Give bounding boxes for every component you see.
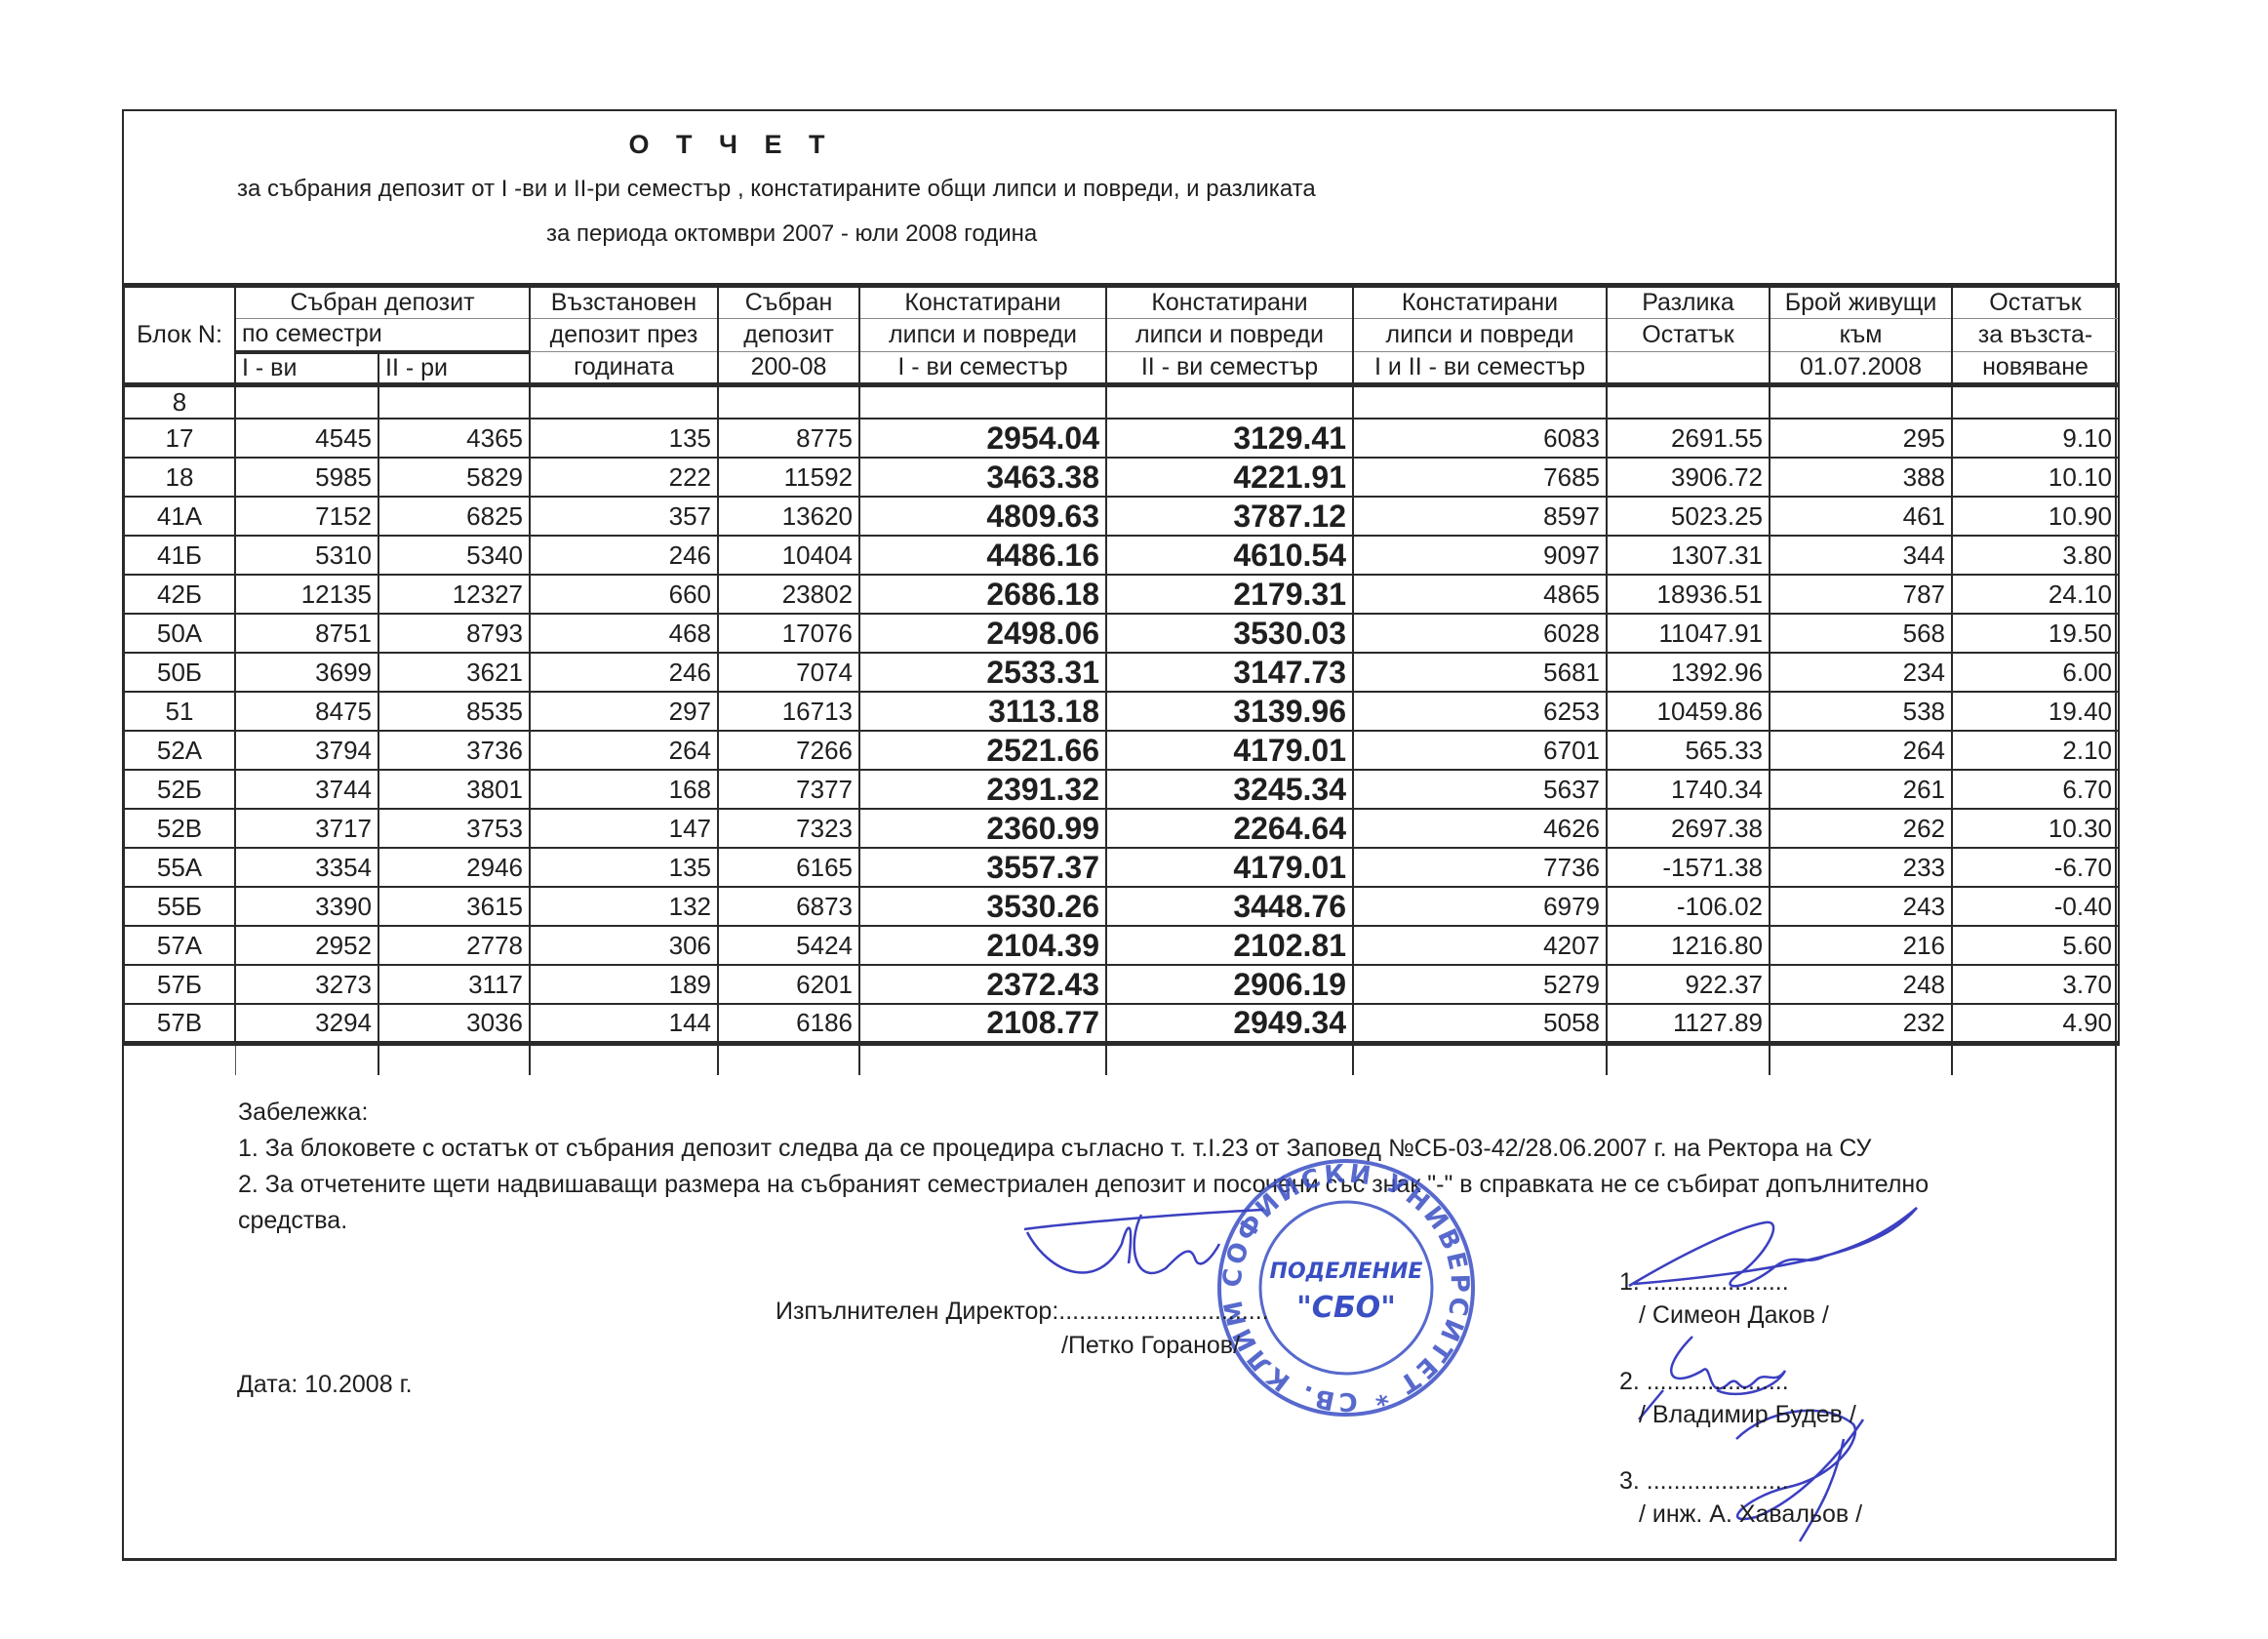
header-residents-3: 01.07.2008 [1770,352,1952,385]
table-row: 41А71526825357136204809.633787.128597502… [124,497,2119,536]
cell-residents: 264 [1770,731,1952,770]
cell-block: 41Б [124,536,235,575]
table-row: 52В3717375314773232360.992264.6446262697… [124,809,2119,848]
cell-sem2: 3621 [378,653,530,692]
cell-block: 17 [124,419,235,458]
cell-restored [530,385,718,420]
cell-collected: 10404 [718,536,859,575]
header-collected-total-3: 200-08 [718,352,859,385]
cell-sem1: 3294 [235,1004,378,1044]
cell-restored: 357 [530,497,718,536]
table-row: 57Б3273311718962012372.432906.195279922.… [124,965,2119,1004]
cell-dmg2: 3139.96 [1106,692,1353,731]
table-row: 57В3294303614461862108.772949.3450581127… [124,1004,2119,1044]
cell-residents: 261 [1770,770,1952,809]
cell-dmg1: 2954.04 [859,419,1106,458]
committee-line-1: 1. ..................... [1619,1268,1789,1297]
cell-dmg-total: 9097 [1353,536,1607,575]
committee-line-2: 2. ..................... [1619,1368,1789,1396]
cell-sem1: 3390 [235,887,378,926]
cell-block: 51 [124,692,235,731]
cell-collected: 6201 [718,965,859,1004]
cell-refund: 4.90 [1952,1004,2119,1044]
cell-collected: 16713 [718,692,859,731]
cell-restored: 147 [530,809,718,848]
table-row: 50А87518793468170762498.063530.036028110… [124,614,2119,653]
header-row-3: I - ви II - ри годината 200-08 I - ви се… [124,352,2119,385]
cell-dmg-total: 4626 [1353,809,1607,848]
cell-difference [1607,385,1770,420]
cell-collected: 17076 [718,614,859,653]
cell-dmg-total: 6083 [1353,419,1607,458]
cell-dmg-total: 8597 [1353,497,1607,536]
cell-refund: 6.00 [1952,653,2119,692]
cell-dmg2: 3147.73 [1106,653,1353,692]
cell-dmg2: 3448.76 [1106,887,1353,926]
cell-collected: 6165 [718,848,859,887]
header-row-1: Блок N: Събран депозит Възстановен Събра… [124,286,2119,319]
header-refund-2: за възста- [1952,319,2119,352]
cell-restored: 144 [530,1004,718,1044]
cell-refund: 19.40 [1952,692,2119,731]
cell-block: 52В [124,809,235,848]
cell-dmg1: 3113.18 [859,692,1106,731]
cell-difference: 1127.89 [1607,1004,1770,1044]
cell-difference: 565.33 [1607,731,1770,770]
cell-sem2: 3117 [378,965,530,1004]
stub-cell [1607,1044,1770,1075]
cell-dmg1: 2686.18 [859,575,1106,614]
header-row-2: по семестри депозит през депозит липси и… [124,319,2119,352]
header-damages-sem1-2: липси и повреди [859,319,1106,352]
cell-difference: 3906.72 [1607,458,1770,497]
cell-dmg1: 2521.66 [859,731,1106,770]
cell-dmg2 [1106,385,1353,420]
cell-dmg1: 2104.39 [859,926,1106,965]
cell-residents: 248 [1770,965,1952,1004]
cell-block: 50А [124,614,235,653]
report-title: О Т Ч Е Т [0,130,1463,160]
cell-collected [718,385,859,420]
cell-sem1: 3699 [235,653,378,692]
cell-dmg-total: 5058 [1353,1004,1607,1044]
cell-dmg-total: 6028 [1353,614,1607,653]
cell-dmg-total: 5637 [1353,770,1607,809]
header-difference-2: Остатък [1607,319,1770,352]
executive-director-name: /Петко Горанов/ [1061,1332,1240,1360]
cell-sem2: 5829 [378,458,530,497]
cell-difference: -1571.38 [1607,848,1770,887]
cell-restored: 660 [530,575,718,614]
cell-difference: 11047.91 [1607,614,1770,653]
header-refund-1: Остатък [1952,286,2119,319]
cell-residents: 344 [1770,536,1952,575]
cell-sem2: 5340 [378,536,530,575]
cell-collected: 8775 [718,419,859,458]
cell-difference: 10459.86 [1607,692,1770,731]
cell-sem2: 3801 [378,770,530,809]
cell-collected: 13620 [718,497,859,536]
table-stub-row [124,1044,2119,1075]
cell-block: 52Б [124,770,235,809]
table-row: 1859855829222115923463.384221.9176853906… [124,458,2119,497]
committee-line-3: 3. ..................... [1619,1467,1789,1496]
notes-heading: Забележка: [238,1095,1929,1131]
cell-block: 57А [124,926,235,965]
cell-collected: 6873 [718,887,859,926]
cell-collected: 6186 [718,1004,859,1044]
header-damages-sem1-3: I - ви семестър [859,352,1106,385]
header-collected-total-1: Събран [718,286,859,319]
table-row: 174545436513587752954.043129.4160832691.… [124,419,2119,458]
cell-difference: 18936.51 [1607,575,1770,614]
cell-dmg-total: 6253 [1353,692,1607,731]
table-row: 42Б1213512327660238022686.182179.3148651… [124,575,2119,614]
cell-refund: 19.50 [1952,614,2119,653]
cell-residents: 388 [1770,458,1952,497]
cell-block: 42Б [124,575,235,614]
cell-block: 57Б [124,965,235,1004]
stub-cell [859,1044,1106,1075]
cell-residents: 787 [1770,575,1952,614]
cell-residents: 295 [1770,419,1952,458]
cell-dmg2: 3129.41 [1106,419,1353,458]
cell-block: 8 [124,385,235,420]
cell-dmg-total: 4865 [1353,575,1607,614]
cell-collected: 7074 [718,653,859,692]
stub-cell [1106,1044,1353,1075]
cell-difference: 5023.25 [1607,497,1770,536]
cell-sem2: 3736 [378,731,530,770]
cell-dmg2: 4179.01 [1106,731,1353,770]
table-row: 52А3794373626472662521.664179.016701565.… [124,731,2119,770]
cell-dmg2: 2264.64 [1106,809,1353,848]
cell-residents: 232 [1770,1004,1952,1044]
cell-dmg1 [859,385,1106,420]
cell-dmg-total: 7736 [1353,848,1607,887]
cell-sem2: 3753 [378,809,530,848]
cell-restored: 264 [530,731,718,770]
document-date: Дата: 10.2008 г. [237,1371,413,1399]
cell-block: 50Б [124,653,235,692]
stub-cell [1952,1044,2119,1075]
cell-dmg2: 3530.03 [1106,614,1353,653]
cell-restored: 168 [530,770,718,809]
cell-refund: 24.10 [1952,575,2119,614]
cell-restored: 468 [530,614,718,653]
cell-sem1: 3744 [235,770,378,809]
cell-dmg1: 2533.31 [859,653,1106,692]
cell-refund: 5.60 [1952,926,2119,965]
cell-dmg-total [1353,385,1607,420]
cell-dmg1: 2391.32 [859,770,1106,809]
cell-sem1: 5985 [235,458,378,497]
cell-collected: 7266 [718,731,859,770]
cell-dmg2: 3787.12 [1106,497,1353,536]
cell-sem2: 2778 [378,926,530,965]
table-row: 55Б3390361513268733530.263448.766979-106… [124,887,2119,926]
cell-sem2: 4365 [378,419,530,458]
table-row: 52Б3744380116873772391.323245.3456371740… [124,770,2119,809]
cell-restored: 246 [530,653,718,692]
table-row: 8 [124,385,2119,420]
cell-sem1: 3273 [235,965,378,1004]
cell-dmg-total: 4207 [1353,926,1607,965]
header-difference-1: Разлика [1607,286,1770,319]
cell-dmg1: 2108.77 [859,1004,1106,1044]
report-subtitle: за събрания депозит от I -ви и II-ри сем… [237,176,1316,203]
header-refund-3: новяване [1952,352,2119,385]
cell-dmg-total: 6701 [1353,731,1607,770]
cell-block: 52А [124,731,235,770]
cell-difference: 1307.31 [1607,536,1770,575]
cell-residents: 262 [1770,809,1952,848]
cell-dmg2: 3245.34 [1106,770,1353,809]
cell-collected: 7323 [718,809,859,848]
cell-collected: 11592 [718,458,859,497]
cell-dmg-total: 6979 [1353,887,1607,926]
cell-sem2: 8535 [378,692,530,731]
cell-residents: 216 [1770,926,1952,965]
cell-difference: 922.37 [1607,965,1770,1004]
cell-restored: 189 [530,965,718,1004]
header-damages-sem2-2: липси и повреди [1106,319,1353,352]
header-residents-1: Брой живущи [1770,286,1952,319]
stub-cell [1353,1044,1607,1075]
cell-dmg-total: 7685 [1353,458,1607,497]
stub-cell [1770,1044,1952,1075]
header-restored-3: годината [530,352,718,385]
stub-cell [718,1044,859,1075]
cell-sem2: 12327 [378,575,530,614]
cell-difference: 2691.55 [1607,419,1770,458]
cell-sem2: 2946 [378,848,530,887]
cell-restored: 135 [530,419,718,458]
cell-sem2: 8793 [378,614,530,653]
cell-refund: 10.10 [1952,458,2119,497]
cell-restored: 222 [530,458,718,497]
cell-block: 55Б [124,887,235,926]
cell-refund: 10.30 [1952,809,2119,848]
cell-dmg2: 2906.19 [1106,965,1353,1004]
committee-name-2: / Владимир Будев / [1639,1401,1856,1429]
cell-block: 18 [124,458,235,497]
header-damages-both-2: липси и повреди [1353,319,1607,352]
cell-residents: 568 [1770,614,1952,653]
cell-refund: 3.70 [1952,965,2119,1004]
cell-sem1 [235,385,378,420]
committee-name-1: / Симеон Даков / [1639,1301,1829,1330]
header-block: Блок N: [124,286,235,385]
cell-dmg2: 2102.81 [1106,926,1353,965]
cell-dmg2: 2949.34 [1106,1004,1353,1044]
cell-sem2: 6825 [378,497,530,536]
cell-collected: 23802 [718,575,859,614]
header-sem1: I - ви [235,352,378,385]
cell-refund: 10.90 [1952,497,2119,536]
cell-sem1: 4545 [235,419,378,458]
header-damages-sem2-3: II - ви семестър [1106,352,1353,385]
cell-dmg1: 3557.37 [859,848,1106,887]
stub-cell [530,1044,718,1075]
cell-block: 41А [124,497,235,536]
stamp-center-line2: "СБО" [1296,1291,1396,1325]
cell-difference: 1392.96 [1607,653,1770,692]
cell-dmg-total: 5279 [1353,965,1607,1004]
cell-dmg-total: 5681 [1353,653,1607,692]
header-residents-2: към [1770,319,1952,352]
cell-restored: 297 [530,692,718,731]
table-row: 55А3354294613561653557.374179.017736-157… [124,848,2119,887]
stamp-center-line1: ПОДЕЛЕНИЕ [1270,1259,1423,1284]
header-damages-sem2-1: Констатирани [1106,286,1353,319]
cell-dmg1: 4486.16 [859,536,1106,575]
cell-residents: 461 [1770,497,1952,536]
stub-cell [124,1044,235,1075]
cell-sem1: 8751 [235,614,378,653]
cell-refund: 9.10 [1952,419,2119,458]
header-damages-both-3: I и II - ви семестър [1353,352,1607,385]
cell-residents: 234 [1770,653,1952,692]
report-period: за периода октомври 2007 - юли 2008 годи… [546,220,1037,248]
cell-residents: 243 [1770,887,1952,926]
cell-dmg2: 4221.91 [1106,458,1353,497]
cell-sem2: 3615 [378,887,530,926]
cell-restored: 306 [530,926,718,965]
cell-difference: 1740.34 [1607,770,1770,809]
header-damages-sem1-1: Констатирани [859,286,1106,319]
cell-block: 55А [124,848,235,887]
cell-difference: -106.02 [1607,887,1770,926]
cell-refund: -0.40 [1952,887,2119,926]
cell-dmg2: 2179.31 [1106,575,1353,614]
cell-restored: 132 [530,887,718,926]
cell-dmg1: 3530.26 [859,887,1106,926]
table-row: 57А2952277830654242104.392102.8142071216… [124,926,2119,965]
cell-dmg1: 2498.06 [859,614,1106,653]
header-damages-both-1: Констатирани [1353,286,1607,319]
header-collected-by-semester-1: Събран депозит [235,286,530,319]
cell-sem1: 3717 [235,809,378,848]
stub-cell [235,1044,378,1075]
cell-refund: 3.80 [1952,536,2119,575]
executive-signature [1019,1185,1273,1312]
cell-dmg1: 3463.38 [859,458,1106,497]
cell-restored: 246 [530,536,718,575]
table-row: 41Б53105340246104044486.164610.549097130… [124,536,2119,575]
cell-dmg2: 4179.01 [1106,848,1353,887]
cell-sem2: 3036 [378,1004,530,1044]
deposit-report-table: Блок N: Събран депозит Възстановен Събра… [123,283,2120,1075]
cell-residents: 233 [1770,848,1952,887]
cell-dmg2: 4610.54 [1106,536,1353,575]
header-restored-2: депозит през [530,319,718,352]
cell-residents [1770,385,1952,420]
cell-sem1: 5310 [235,536,378,575]
header-difference-3 [1607,352,1770,385]
cell-collected: 7377 [718,770,859,809]
cell-dmg1: 4809.63 [859,497,1106,536]
cell-refund [1952,385,2119,420]
cell-difference: 1216.80 [1607,926,1770,965]
cell-sem1: 7152 [235,497,378,536]
header-sem2: II - ри [378,352,530,385]
committee-name-3: / инж. А. Хавальов / [1639,1500,1862,1529]
header-collected-by-semester-2: по семестри [235,319,530,352]
cell-residents: 538 [1770,692,1952,731]
header-collected-total-2: депозит [718,319,859,352]
cell-dmg1: 2360.99 [859,809,1106,848]
cell-collected: 5424 [718,926,859,965]
cell-sem1: 2952 [235,926,378,965]
cell-refund: 2.10 [1952,731,2119,770]
cell-refund: -6.70 [1952,848,2119,887]
stub-cell [378,1044,530,1075]
cell-dmg1: 2372.43 [859,965,1106,1004]
header-restored-1: Възстановен [530,286,718,319]
cell-restored: 135 [530,848,718,887]
cell-difference: 2697.38 [1607,809,1770,848]
cell-refund: 6.70 [1952,770,2119,809]
table-row: 50Б3699362124670742533.313147.7356811392… [124,653,2119,692]
cell-sem2 [378,385,530,420]
table-row: 5184758535297167133113.183139.9662531045… [124,692,2119,731]
cell-sem1: 12135 [235,575,378,614]
cell-sem1: 8475 [235,692,378,731]
executive-director-label: Изпълнителен Директор:..................… [776,1298,1269,1326]
cell-block: 57В [124,1004,235,1044]
cell-sem1: 3794 [235,731,378,770]
note-item: 1. За блоковете с остатък от събрания де… [238,1131,1929,1167]
cell-sem1: 3354 [235,848,378,887]
